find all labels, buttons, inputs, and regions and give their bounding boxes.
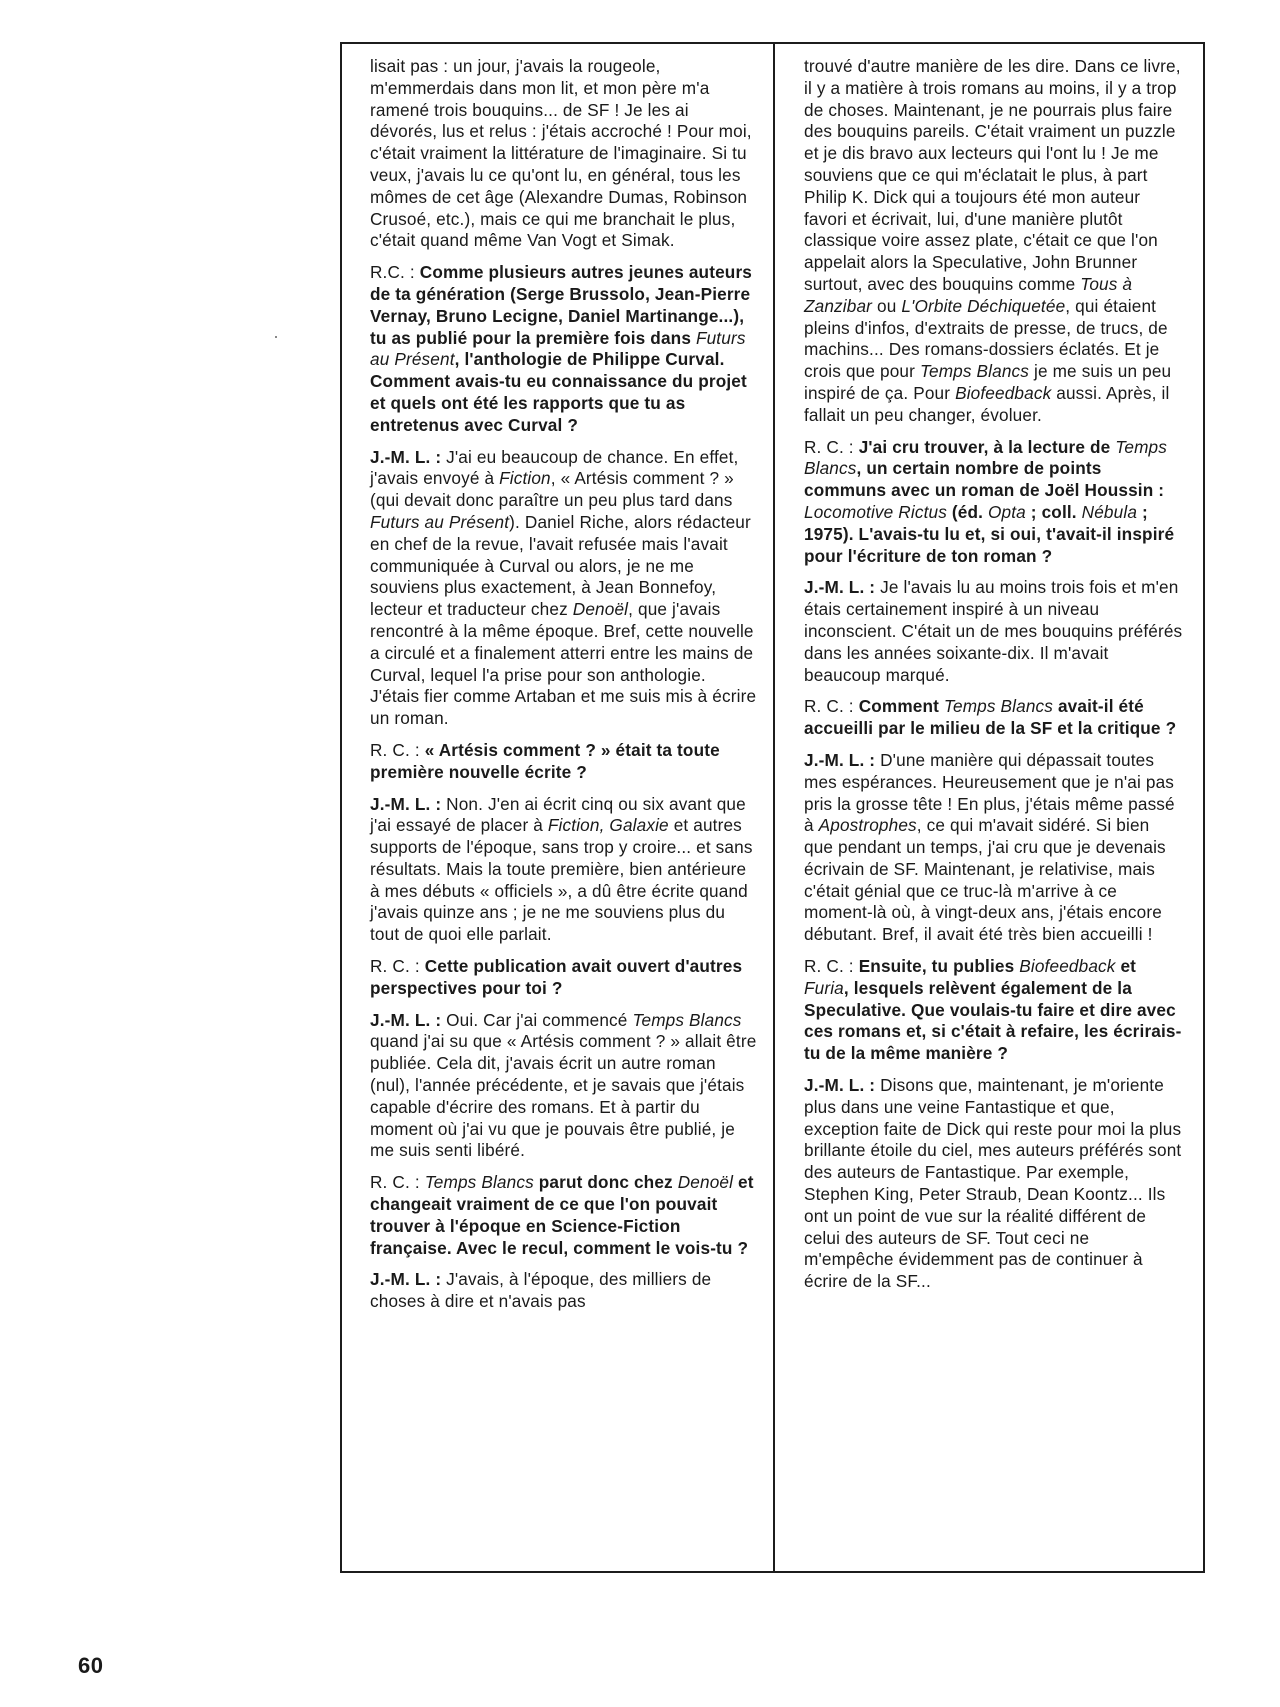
interviewee-label: J.-M. L. : <box>370 794 441 814</box>
interviewee-label: J.-M. L. : <box>370 447 441 467</box>
left-column: lisait pas : un jour, j'avais la rougeol… <box>342 44 775 1571</box>
interviewer-label: R. C. : <box>804 696 854 716</box>
interviewer-label: R. C. : <box>804 956 854 976</box>
answer-paragraph: J.-M. L. : Disons que, maintenant, je m'… <box>804 1075 1183 1293</box>
interviewer-label: R. C. : <box>804 437 854 457</box>
question-paragraph: R. C. : Temps Blancs parut donc chez Den… <box>370 1172 759 1259</box>
answer-paragraph: J.-M. L. : J'avais, à l'époque, des mill… <box>370 1269 759 1313</box>
print-speck <box>275 336 277 338</box>
answer-paragraph: lisait pas : un jour, j'avais la rougeol… <box>370 56 759 252</box>
question-paragraph: R.C. : Comme plusieurs autres jeunes aut… <box>370 262 759 436</box>
question-paragraph: R. C. : Ensuite, tu publies Biofeedback … <box>804 956 1183 1065</box>
answer-paragraph: J.-M. L. : Je l'avais lu au moins trois … <box>804 577 1183 686</box>
answer-paragraph: J.-M. L. : Oui. Car j'ai commencé Temps … <box>370 1010 759 1163</box>
answer-paragraph: trouvé d'autre manière de les dire. Dans… <box>804 56 1183 427</box>
question-paragraph: R. C. : J'ai cru trouver, à la lecture d… <box>804 437 1183 568</box>
interviewer-label: R. C. : <box>370 1172 420 1192</box>
question-paragraph: R. C. : Comment Temps Blancs avait-il ét… <box>804 696 1183 740</box>
interviewer-label: R. C. : <box>370 740 420 760</box>
interview-box: lisait pas : un jour, j'avais la rougeol… <box>340 42 1205 1573</box>
question-paragraph: R. C. : « Artésis comment ? » était ta t… <box>370 740 759 784</box>
page-number: 60 <box>78 1653 103 1679</box>
interviewer-label: R.C. : <box>370 262 415 282</box>
interviewee-label: J.-M. L. : <box>370 1010 441 1030</box>
interviewee-label: J.-M. L. : <box>804 1075 875 1095</box>
interviewer-label: R. C. : <box>370 956 420 976</box>
answer-paragraph: J.-M. L. : Non. J'en ai écrit cinq ou si… <box>370 794 759 947</box>
question-paragraph: R. C. : Cette publication avait ouvert d… <box>370 956 759 1000</box>
interviewee-label: J.-M. L. : <box>370 1269 441 1289</box>
answer-paragraph: J.-M. L. : J'ai eu beaucoup de chance. E… <box>370 447 759 730</box>
interviewee-label: J.-M. L. : <box>804 577 875 597</box>
answer-paragraph: J.-M. L. : D'une manière qui dépassait t… <box>804 750 1183 946</box>
interviewee-label: J.-M. L. : <box>804 750 875 770</box>
right-column: trouvé d'autre manière de les dire. Dans… <box>775 44 1203 1571</box>
